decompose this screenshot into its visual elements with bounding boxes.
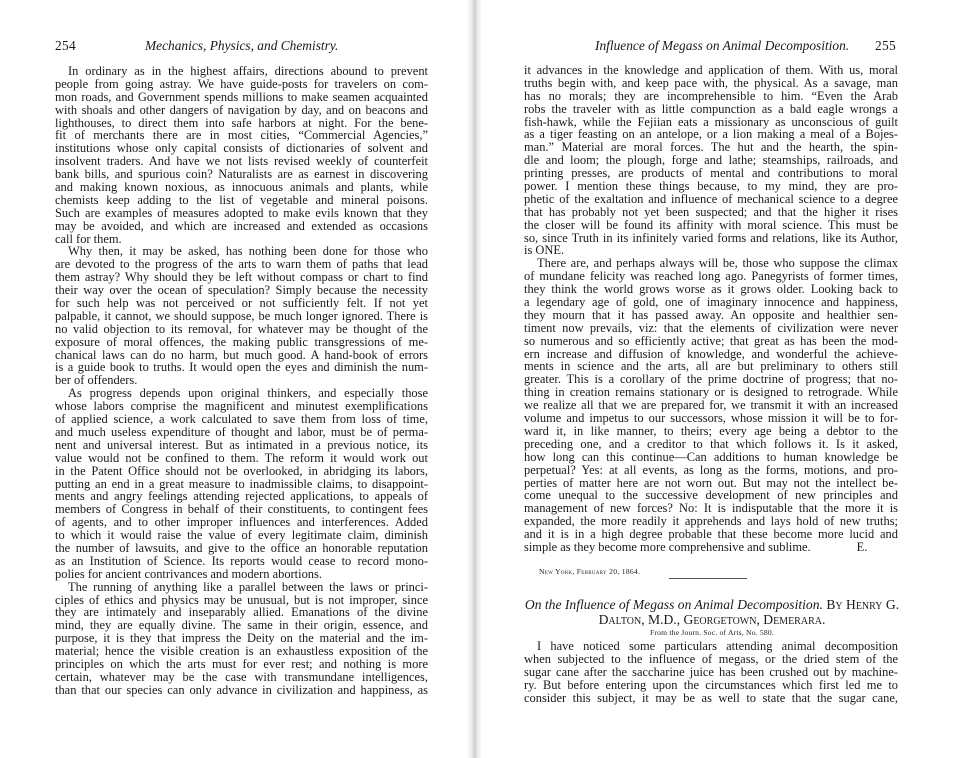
article-source: From the Journ. Soc. of Arts, No. 580. [472, 628, 952, 637]
text-line: for such help was not perceived or not s… [55, 297, 428, 310]
text-line: it advances in the knowledge and applica… [524, 64, 898, 77]
text-line: polies for ancient contrivances and mode… [55, 568, 428, 581]
text-line: truths begin with, and keep pace with, t… [524, 77, 898, 90]
text-line: certain, whatever may be the case with t… [55, 671, 428, 684]
text-line: nent and universal interest. But as inti… [55, 439, 428, 452]
text-line: timent now prevails, viz: that the eleme… [524, 322, 898, 335]
text-line: a legendary age of gold, one of imaginar… [524, 296, 898, 309]
body-text: In ordinary as in the highest affairs, d… [55, 65, 428, 697]
text-line: consider this subject, it may be as well… [524, 692, 898, 705]
text-line: value would not be confined to them. The… [55, 452, 428, 465]
text-line: power. I mention these things because, t… [524, 180, 898, 193]
book-spread: 254 Mechanics, Physics, and Chemistry. I… [0, 0, 959, 758]
text-line: how long can this continue—Can additions… [524, 451, 898, 464]
article-author-affiliation: Dalton, M.D., Georgetown, Demerara. [524, 612, 900, 627]
running-title: Influence of Megass on Animal Decomposit… [595, 38, 849, 54]
text-line: volume and impetus to our successors, wh… [524, 412, 898, 425]
text-line: The running of anything like a parallel … [55, 581, 428, 594]
body-text: it advances in the knowledge and applica… [524, 64, 898, 554]
text-line: ward it, in like manner, to theirs; ever… [524, 425, 898, 438]
text-line: and much useless expenditure of thought … [55, 426, 428, 439]
dateline: New York, February 20, 1864. [539, 567, 640, 576]
text-line: people from going astray. We have guide-… [55, 78, 428, 91]
text-line: palpable, it cannot, we should suppose, … [55, 310, 428, 323]
text-line: so numerous and so efficiently active; t… [524, 335, 898, 348]
text-line: In ordinary as in the highest affairs, d… [55, 65, 428, 78]
text-line: robs the traveler with as little compunc… [524, 103, 898, 116]
text-line: simple as they become more comprehensive… [524, 541, 898, 554]
text-line: principles on which the arts must for ev… [55, 658, 428, 671]
running-title: Mechanics, Physics, and Chemistry. [145, 38, 338, 54]
author-signature: E. [857, 541, 868, 554]
right-page: Influence of Megass on Animal Decomposit… [472, 0, 959, 758]
text-line: chemists keep adding to the list of vege… [55, 194, 428, 207]
article-body: I have noticed some particulars attendin… [524, 640, 898, 705]
text-line: perpetual? Yes: at all events, as long a… [524, 464, 898, 477]
text-line: that has probably not yet been suspected… [524, 206, 898, 219]
text-line: phetic of the exaltation and influence o… [524, 193, 898, 206]
text-line: as an Institution of Science. Its report… [55, 555, 428, 568]
article-title: On the Influence of Megass on Animal Dec… [524, 597, 900, 627]
text-line: preceding one, and a creditor to that wh… [524, 438, 898, 451]
article-byline: By Henry G. [826, 597, 899, 612]
article-title-italic: On the Influence of Megass on Animal Dec… [525, 597, 823, 612]
text-line: the number of lawsuits, and give to the … [55, 542, 428, 555]
page-number: 254 [55, 38, 76, 54]
text-line: they mourn that it has passed away. An o… [524, 309, 898, 322]
text-line: no valid objection to its removal, for w… [55, 323, 428, 336]
text-line: Such are examples of measures adopted to… [55, 207, 428, 220]
text-line: with shoals and other dangers of navigat… [55, 104, 428, 117]
text-line: in the Patent Office should not be overl… [55, 465, 428, 478]
text-line: so, since Truth in its infinitely varied… [524, 232, 898, 245]
text-line: may be avoided, and which are increased … [55, 220, 428, 233]
text-line: has no morals; they are incomprehensible… [524, 90, 898, 103]
section-divider [669, 578, 747, 579]
text-line: mon roads, and Government spends million… [55, 91, 428, 104]
text-line: the closer will be found its affinity wi… [524, 219, 898, 232]
page-number: 255 [875, 38, 896, 54]
left-page: 254 Mechanics, Physics, and Chemistry. I… [0, 0, 472, 758]
text-line: exposure of moral offences, the making p… [55, 336, 428, 349]
text-line: and making known noxious, as innocuous a… [55, 181, 428, 194]
text-line: of applied science, a work calculated to… [55, 413, 428, 426]
text-line: than that our species can only advance i… [55, 684, 428, 697]
